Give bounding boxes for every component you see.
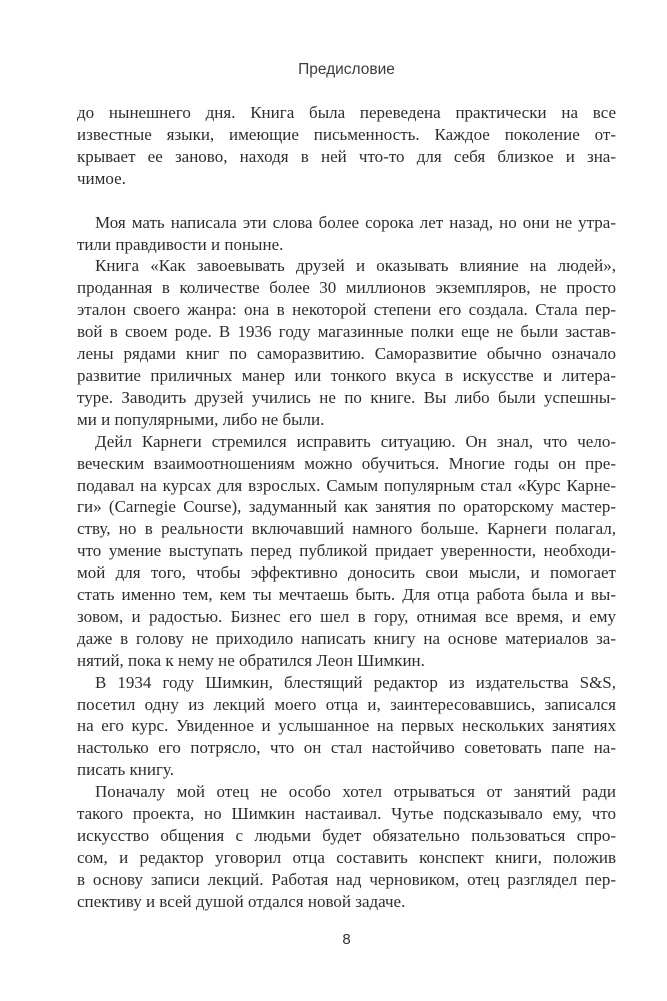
text-line: крывает ее заново, находя в ней что-то д…: [77, 146, 616, 168]
paragraph: Книга «Как завоевывать друзей и оказыват…: [77, 255, 616, 430]
text-line: подавал на курсах для взрослых. Самым по…: [77, 475, 616, 497]
text-line: спективу и всей душой отдался новой зада…: [77, 891, 616, 913]
text-line: посетил одну из лекций моего отца и, заи…: [77, 694, 616, 716]
text-line: что умение выступать перед публикой прид…: [77, 540, 616, 562]
text-line: в основу записи лекций. Работая над черн…: [77, 869, 616, 891]
text-line: лены рядами книг по саморазвитию. Самора…: [77, 343, 616, 365]
text-line: туре. Заводить друзей учились не по книг…: [77, 387, 616, 409]
chapter-header: Предисловие: [77, 61, 616, 79]
text-line: ми и популярными, либо не были.: [77, 409, 616, 431]
text-line: мой для того, чтобы эффективно доносить …: [77, 562, 616, 584]
text-line: такого проекта, но Шимкин настаивал. Чут…: [77, 803, 616, 825]
text-line: известные языки, имеющие письменность. К…: [77, 124, 616, 146]
text-line: вой в своем роде. В 1936 году магазинные…: [77, 321, 616, 343]
text-line: развитие приличных манер или тонкого вку…: [77, 365, 616, 387]
text-line: нятий, пока к нему не обратился Леон Шим…: [77, 650, 616, 672]
text-line: чимое.: [77, 168, 616, 190]
text-line: ги» (Carnegie Course), задуманный как за…: [77, 496, 616, 518]
paragraph: Дейл Карнеги стремился исправить ситуаци…: [77, 431, 616, 672]
text-line: Книга «Как завоевывать друзей и оказыват…: [77, 255, 616, 277]
text-line: зовом, и радостью. Бизнес его шел в гору…: [77, 606, 616, 628]
paragraph: Моя мать написала эти слова более сорока…: [77, 212, 616, 256]
text-line: Моя мать написала эти слова более сорока…: [77, 212, 616, 234]
text-line: эталон своего жанра: она в некоторой сте…: [77, 299, 616, 321]
text-line: на его курс. Увиденное и услышанное на п…: [77, 715, 616, 737]
text-line: проданная в количестве более 30 миллионо…: [77, 277, 616, 299]
text-line: ству, но в реальности включавший намного…: [77, 518, 616, 540]
text-line: искусство общения с людьми будет обязате…: [77, 825, 616, 847]
text-line: В 1934 году Шимкин, блестящий редактор и…: [77, 672, 616, 694]
text-line: тили правдивости и поныне.: [77, 234, 616, 256]
text-line: Дейл Карнеги стремился исправить ситуаци…: [77, 431, 616, 453]
text-line: до нынешнего дня. Книга была переведена …: [77, 102, 616, 124]
text-column: до нынешнего дня. Книга была переведена …: [77, 102, 616, 913]
paragraph: до нынешнего дня. Книга была переведена …: [77, 102, 616, 190]
text-line: Поначалу мой отец не особо хотел отрыват…: [77, 781, 616, 803]
text-line: стать именно тем, кем ты мечтаешь быть. …: [77, 584, 616, 606]
paragraph: В 1934 году Шимкин, блестящий редактор и…: [77, 672, 616, 782]
text-line: сом, и редактор уговорил отца составить …: [77, 847, 616, 869]
text-line: писать книгу.: [77, 759, 616, 781]
page-number: 8: [77, 931, 616, 948]
paragraph: Поначалу мой отец не особо хотел отрыват…: [77, 781, 616, 912]
text-line: веческим взаимоотношениям можно обучитьс…: [77, 453, 616, 475]
text-line: настолько его потрясло, что он стал наст…: [77, 737, 616, 759]
text-line: даже в голову не приходило написать книг…: [77, 628, 616, 650]
book-page: Предисловие до нынешнего дня. Книга была…: [0, 0, 667, 1001]
